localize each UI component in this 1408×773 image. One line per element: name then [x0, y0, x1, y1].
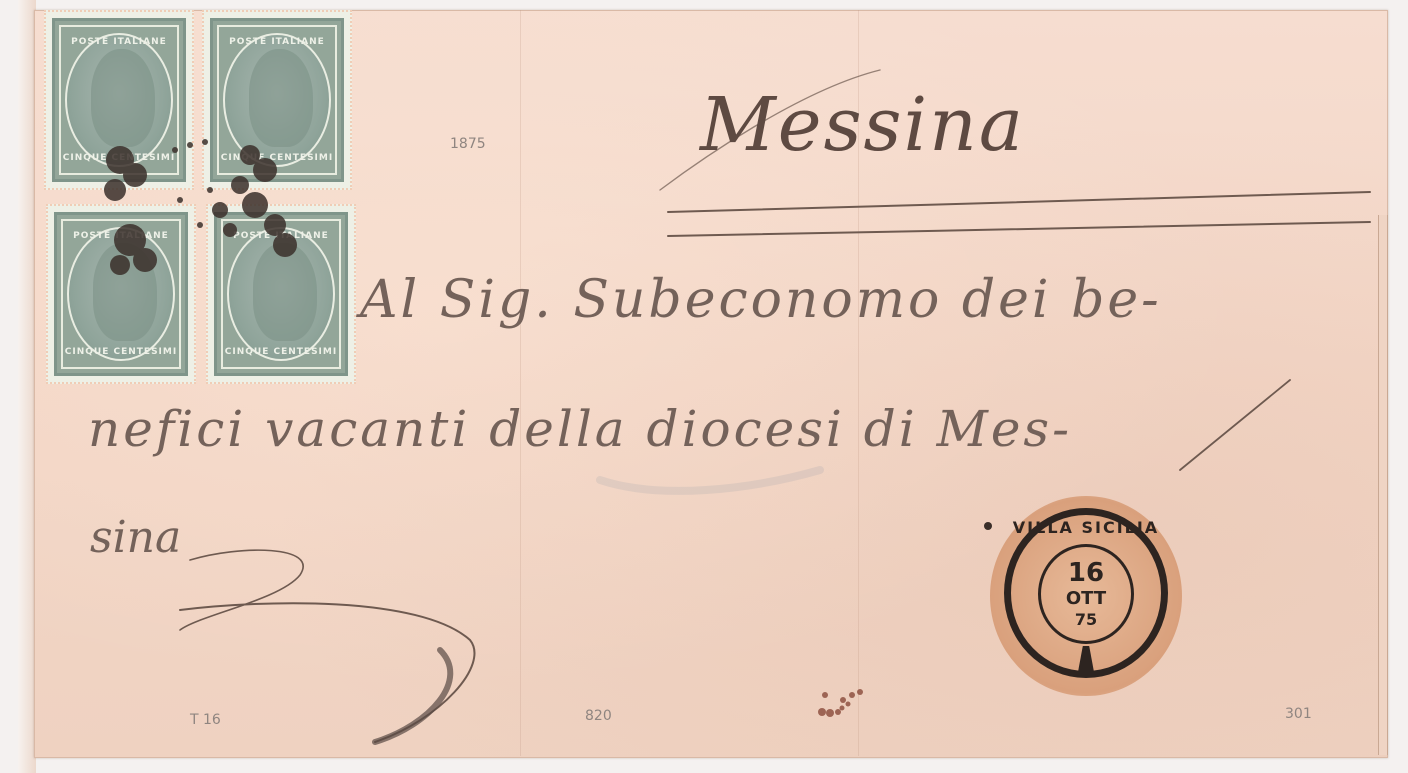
- pencil-note-bottom-left: T 16: [190, 712, 221, 728]
- pencil-note-bottom-right: 301: [1285, 706, 1312, 722]
- red-ink-smudge: [0, 0, 1408, 773]
- pencil-note-bottom-center: 820: [585, 708, 612, 724]
